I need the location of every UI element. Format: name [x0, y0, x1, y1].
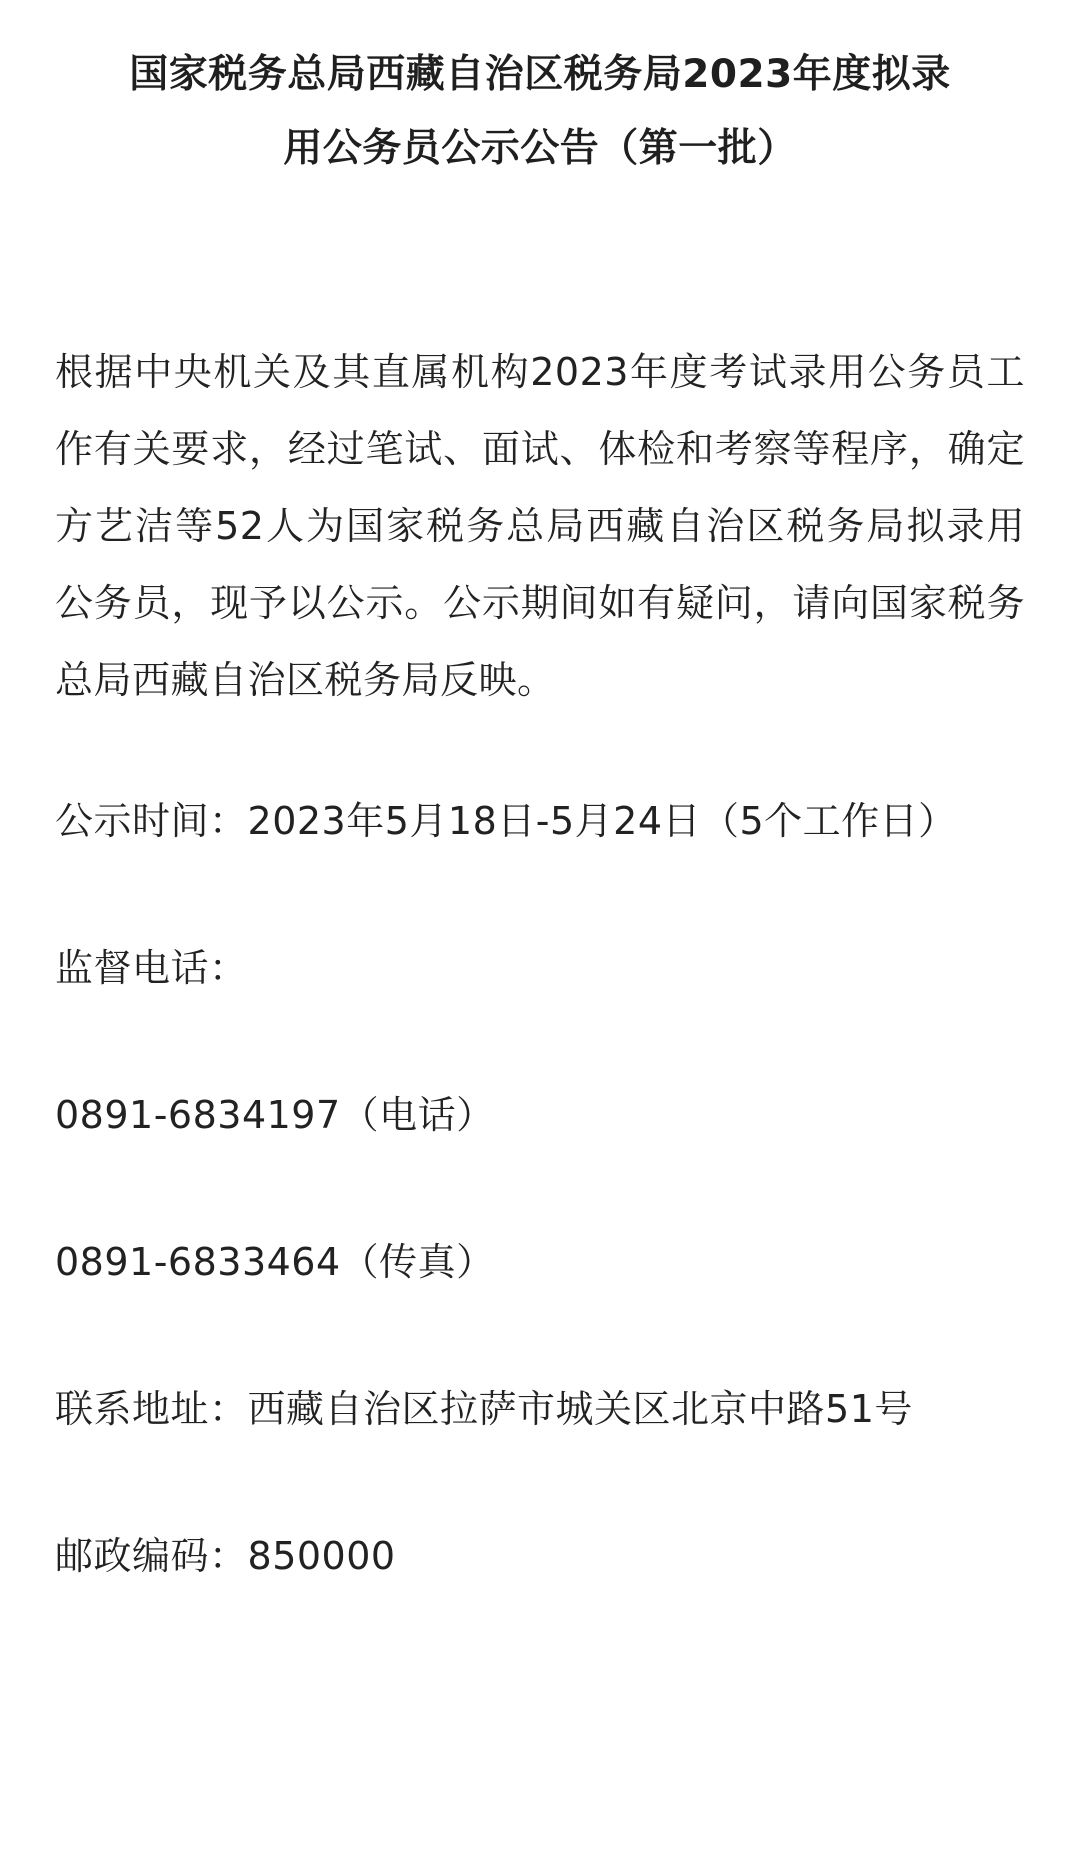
notice-period-label: 公示时间： — [55, 799, 248, 843]
contact-address: 联系地址：西藏自治区拉萨市城关区北京中路51号 — [55, 1371, 1025, 1448]
article-body-paragraph: 根据中央机关及其直属机构2023年度考试录用公务员工作有关要求，经过笔试、面试、… — [55, 334, 1025, 719]
contact-address-value: 西藏自治区拉萨市城关区北京中路51号 — [248, 1387, 913, 1431]
article-title: 国家税务总局西藏自治区税务局2023年度拟录 用公务员公示公告（第一批） — [55, 0, 1025, 186]
notice-period: 公示时间：2023年5月18日-5月24日（5个工作日） — [55, 783, 1025, 860]
supervision-phone-label: 监督电话： — [55, 930, 1025, 1007]
article: 国家税务总局西藏自治区税务局2023年度拟录 用公务员公示公告（第一批） 根据中… — [0, 0, 1080, 1871]
notice-period-value: 2023年5月18日-5月24日（5个工作日） — [248, 799, 957, 843]
title-line-2: 用公务员公示公告（第一批） — [55, 112, 1025, 186]
supervision-phone-number[interactable]: 0891-6834197（电话） — [55, 1077, 1025, 1154]
postal-code-label: 邮政编码： — [55, 1534, 248, 1578]
supervision-fax-number: 0891-6833464（传真） — [55, 1224, 1025, 1301]
postal-code: 邮政编码：850000 — [55, 1518, 1025, 1595]
postal-code-value: 850000 — [248, 1534, 396, 1578]
title-line-1: 国家税务总局西藏自治区税务局2023年度拟录 — [55, 38, 1025, 112]
contact-address-label: 联系地址： — [55, 1387, 248, 1431]
